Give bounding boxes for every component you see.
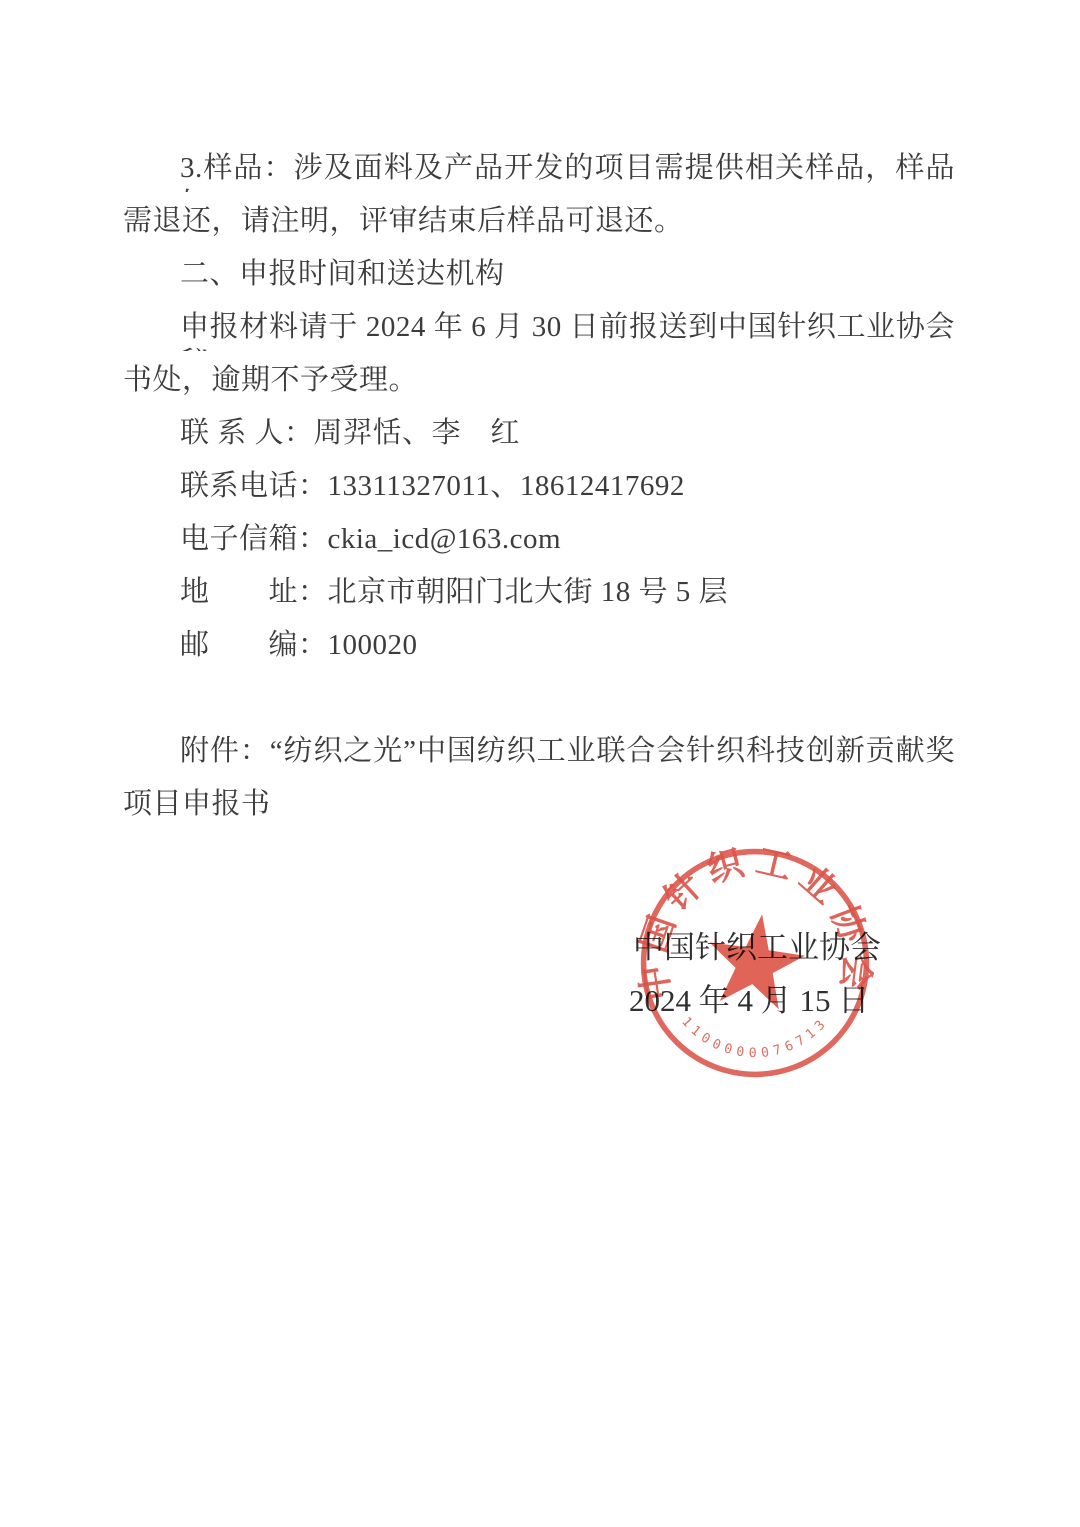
attachment-line-continued: 项目申报书 <box>123 786 271 822</box>
postal-code-line: 邮 编：100020 <box>180 627 418 663</box>
contact-phone-line: 联系电话：13311327011、18612417692 <box>180 468 685 504</box>
svg-text:1100000076713: 1100000076713 <box>678 1014 832 1061</box>
official-seal: 中国针织工业协会 1100000076713 <box>636 844 874 1082</box>
contact-person-line: 联 系 人：周羿恬、李 红 <box>180 415 520 451</box>
section-heading: 二、申报时间和送达机构 <box>180 256 505 292</box>
contact-address-line: 地 址：北京市朝阳门北大街 18 号 5 层 <box>180 574 728 610</box>
attachment-line: 附件：“纺织之光”中国纺织工业联合会针织科技创新贡献奖 <box>180 733 955 775</box>
body-line: 申报材料请于 2024 年 6 月 30 日前报送到中国针织工业协会秘 <box>180 309 955 351</box>
contact-email-line: 电子信箱：ckia_icd@163.com <box>180 521 561 557</box>
document-page: 3.样品：涉及面料及产品开发的项目需提供相关样品，样品如 需退还，请注明，评审结… <box>0 0 1080 1527</box>
body-line: 需退还，请注明，评审结束后样品可退还。 <box>123 203 684 239</box>
body-line: 书处，逾期不予受理。 <box>123 362 418 398</box>
body-line: 3.样品：涉及面料及产品开发的项目需提供相关样品，样品如 <box>180 150 955 192</box>
seal-serial-number: 1100000076713 <box>678 1014 832 1061</box>
seal-star-icon <box>702 908 810 1012</box>
